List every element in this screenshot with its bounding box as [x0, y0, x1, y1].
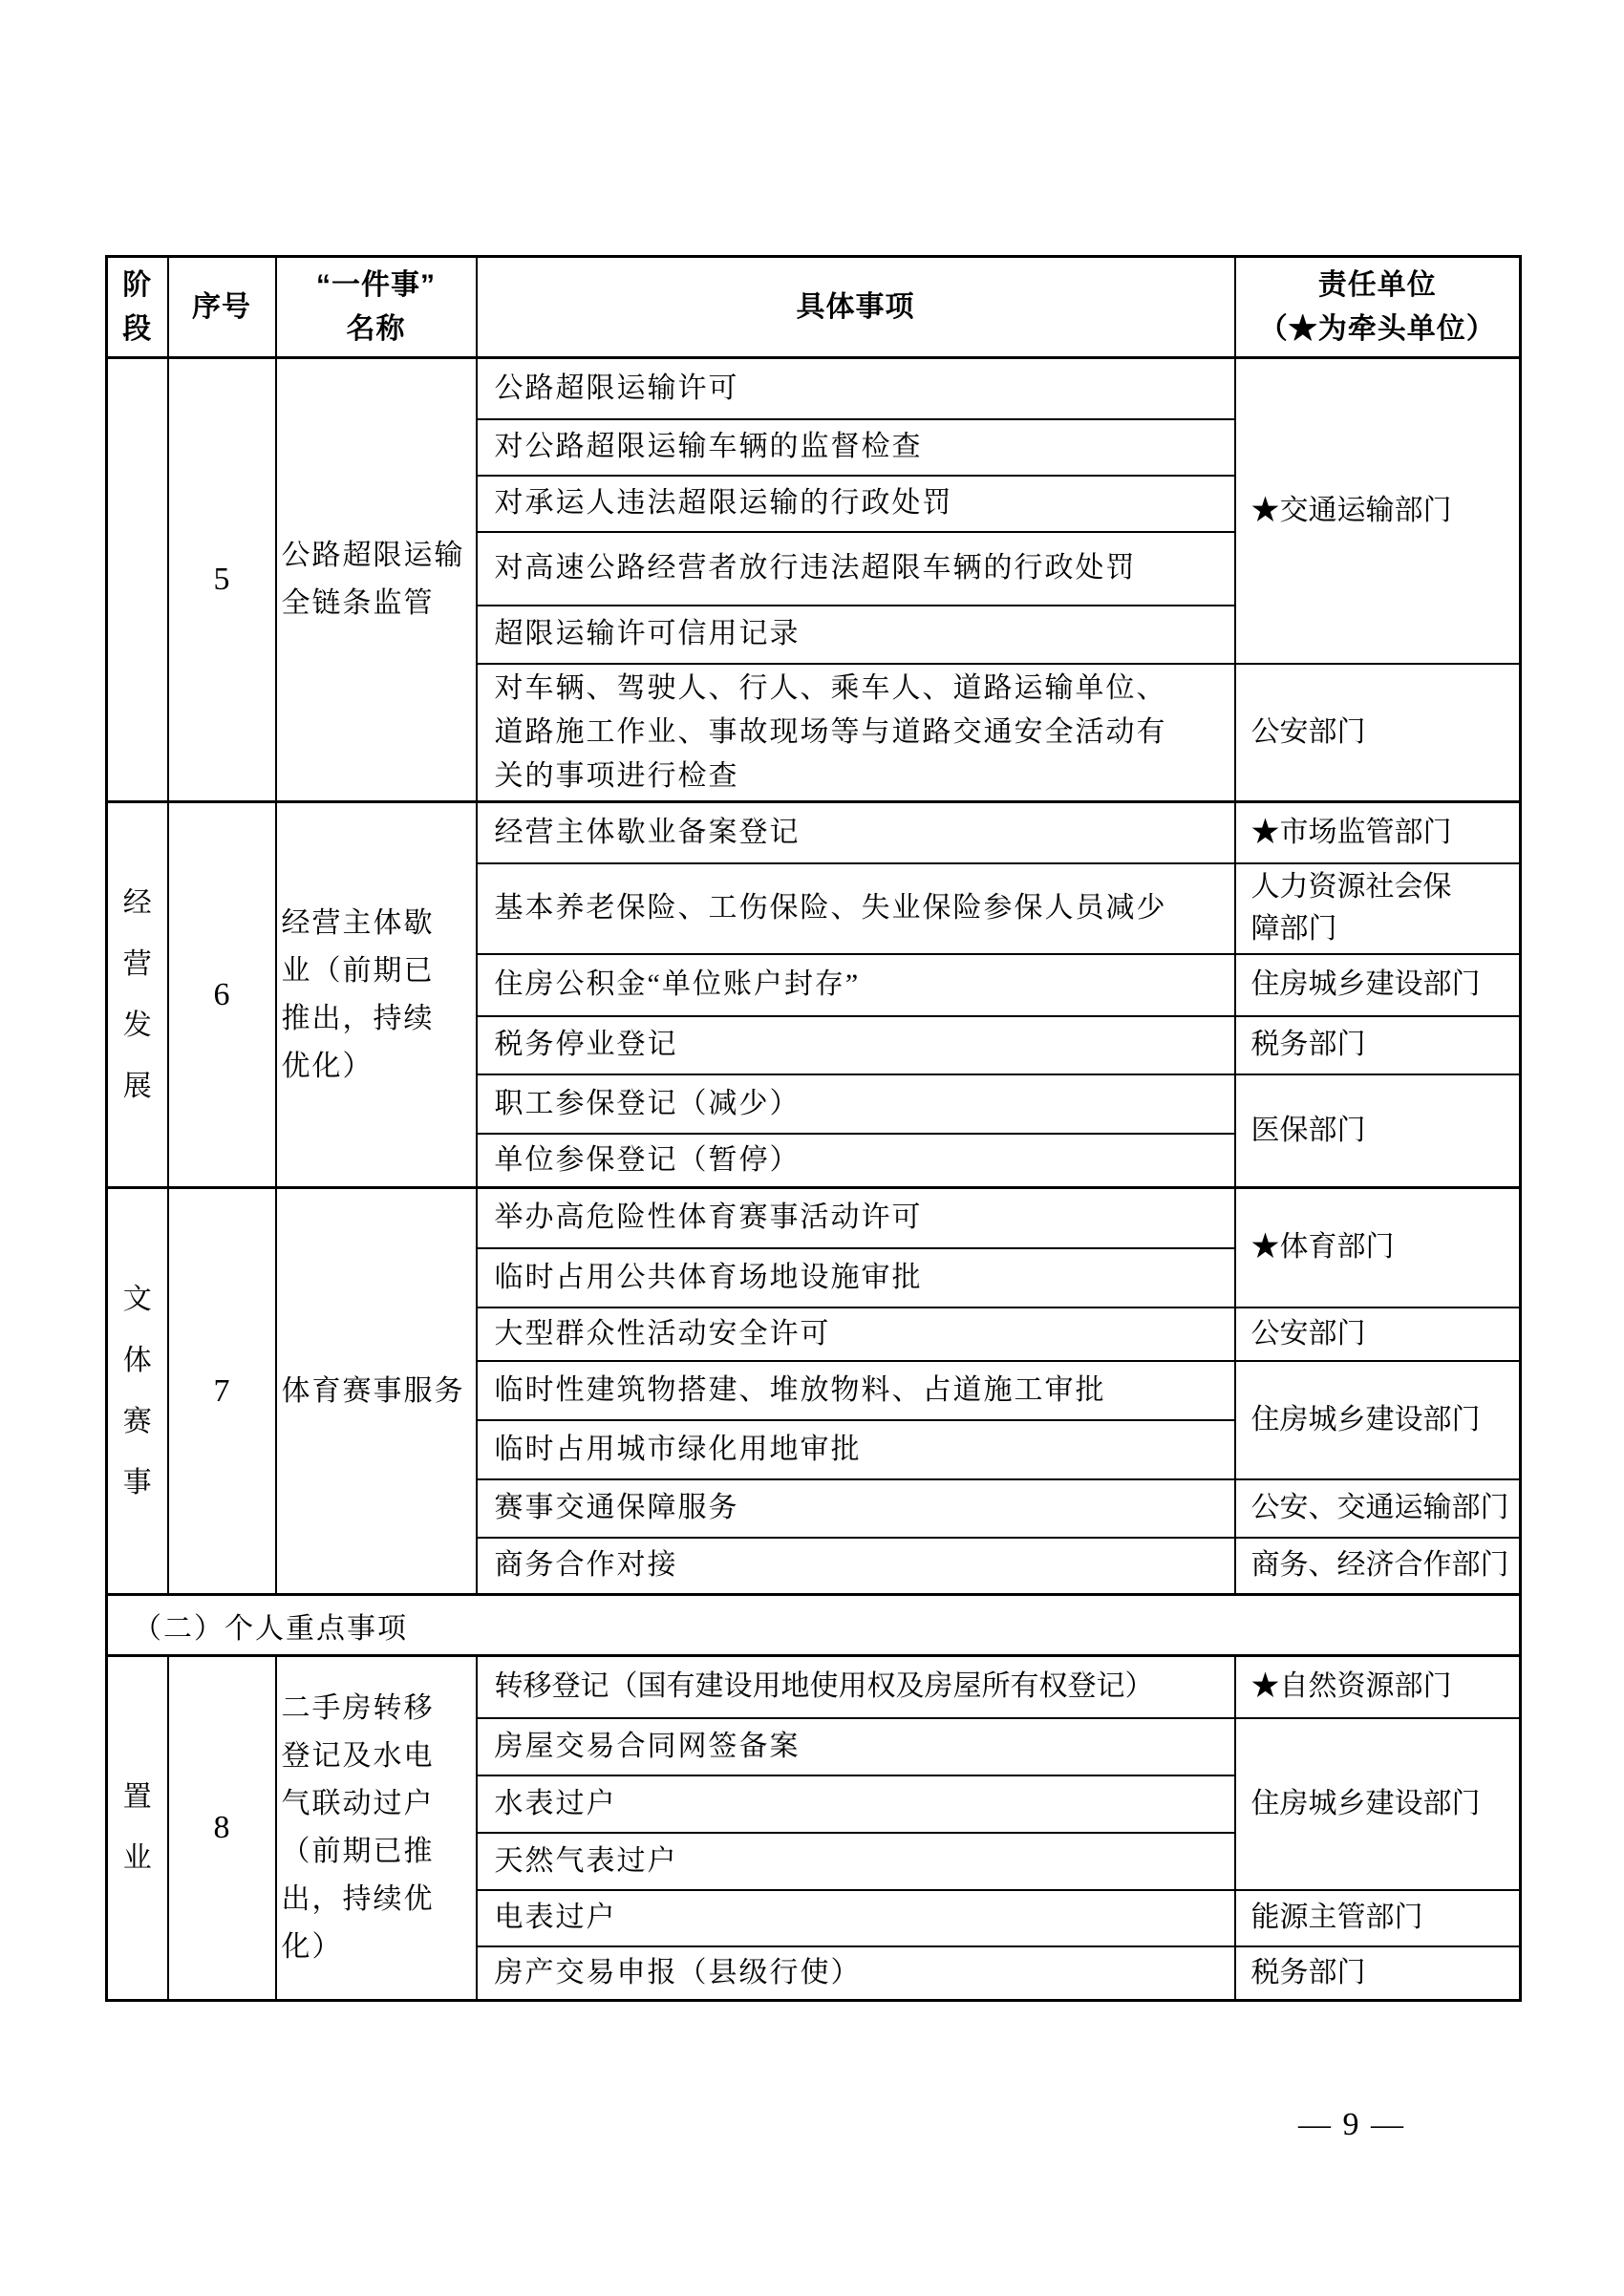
dept-cell: ★体育部门 — [1235, 1188, 1521, 1307]
item-cell: 对公路超限运输车辆的监督检查 — [477, 419, 1235, 476]
item-cell: 商务合作对接 — [477, 1538, 1235, 1595]
item-cell: 天然气表过户 — [477, 1833, 1235, 1890]
dept-cell: 公安部门 — [1235, 1307, 1521, 1361]
item-cell: 赛事交通保障服务 — [477, 1479, 1235, 1538]
item-cell: 税务停业登记 — [477, 1016, 1235, 1074]
item-cell: 对车辆、驾驶人、行人、乘车人、道路运输单位、 道路施工作业、事故现场等与道路交通… — [477, 664, 1235, 802]
dept-cell: 公安部门 — [1235, 664, 1521, 802]
item-cell: 超限运输许可信用记录 — [477, 606, 1235, 664]
section-title-row: （二）个人重点事项 — [107, 1595, 1521, 1656]
table-row: 文 体 赛 事 7 体育赛事服务 举办高危险性体育赛事活动许可 ★体育部门 — [107, 1188, 1521, 1248]
header-no: 序号 — [168, 257, 276, 358]
item-cell: 对高速公路经营者放行违法超限车辆的行政处罚 — [477, 532, 1235, 606]
dept-cell: ★自然资源部门 — [1235, 1656, 1521, 1718]
name-cell: 经营主体歇 业（前期已 推出，持续 优化） — [276, 802, 477, 1188]
item-cell: 经营主体歇业备案登记 — [477, 802, 1235, 863]
item-cell: 水表过户 — [477, 1775, 1235, 1833]
header-dept: 责任单位 （★为牵头单位） — [1235, 257, 1521, 358]
table-row: 5 公路超限运输 全链条监管 公路超限运输许可 ★交通运输部门 — [107, 358, 1521, 419]
dept-cell: 人力资源社会保 障部门 — [1235, 863, 1521, 954]
dept-cell: 住房城乡建设部门 — [1235, 1718, 1521, 1890]
item-cell: 临时占用城市绿化用地审批 — [477, 1420, 1235, 1479]
item-cell: 基本养老保险、工伤保险、失业保险参保人员减少 — [477, 863, 1235, 954]
no-cell: 8 — [168, 1656, 276, 2001]
item-cell: 单位参保登记（暂停） — [477, 1134, 1235, 1188]
dept-cell: ★市场监管部门 — [1235, 802, 1521, 863]
table-row: 置 业 8 二手房转移 登记及水电 气联动过户 （前期已推 出，持续优 化） 转… — [107, 1656, 1521, 1718]
no-cell: 7 — [168, 1188, 276, 1595]
section-title: （二）个人重点事项 — [107, 1595, 1521, 1656]
no-cell: 5 — [168, 358, 276, 802]
dept-cell: 商务、经济合作部门 — [1235, 1538, 1521, 1595]
table-header-row: 阶 段 序号 “一件事” 名称 具体事项 责任单位 （★为牵头单位） — [107, 257, 1521, 358]
name-cell: 二手房转移 登记及水电 气联动过户 （前期已推 出，持续优 化） — [276, 1656, 477, 2001]
name-cell: 体育赛事服务 — [276, 1188, 477, 1595]
dept-cell: ★交通运输部门 — [1235, 358, 1521, 664]
page-number: — 9 — — [1271, 2107, 1433, 2143]
dept-cell: 住房城乡建设部门 — [1235, 1361, 1521, 1479]
dept-cell: 医保部门 — [1235, 1074, 1521, 1188]
dept-cell: 住房城乡建设部门 — [1235, 954, 1521, 1016]
item-cell: 大型群众性活动安全许可 — [477, 1307, 1235, 1361]
item-cell: 临时性建筑物搭建、堆放物料、占道施工审批 — [477, 1361, 1235, 1420]
header-item: 具体事项 — [477, 257, 1235, 358]
item-cell: 电表过户 — [477, 1890, 1235, 1946]
item-cell: 转移登记（国有建设用地使用权及房屋所有权登记） — [477, 1656, 1235, 1718]
table-row: 经 营 发 展 6 经营主体歇 业（前期已 推出，持续 优化） 经营主体歇业备案… — [107, 802, 1521, 863]
item-cell: 职工参保登记（减少） — [477, 1074, 1235, 1134]
stage-cell: 文 体 赛 事 — [107, 1188, 168, 1595]
item-cell: 公路超限运输许可 — [477, 358, 1235, 419]
stage-cell — [107, 358, 168, 802]
name-cell: 公路超限运输 全链条监管 — [276, 358, 477, 802]
dept-cell: 公安、交通运输部门 — [1235, 1479, 1521, 1538]
item-cell: 住房公积金“单位账户封存” — [477, 954, 1235, 1016]
header-name: “一件事” 名称 — [276, 257, 477, 358]
dept-cell: 税务部门 — [1235, 1946, 1521, 2001]
header-stage: 阶 段 — [107, 257, 168, 358]
no-cell: 6 — [168, 802, 276, 1188]
stage-cell: 经 营 发 展 — [107, 802, 168, 1188]
item-cell: 房产交易申报（县级行使） — [477, 1946, 1235, 2001]
document-page: 阶 段 序号 “一件事” 名称 具体事项 责任单位 （★为牵头单位） 5 公路超… — [0, 0, 1624, 2296]
stage-cell: 置 业 — [107, 1656, 168, 2001]
item-cell: 房屋交易合同网签备案 — [477, 1718, 1235, 1775]
one-matter-table: 阶 段 序号 “一件事” 名称 具体事项 责任单位 （★为牵头单位） 5 公路超… — [105, 255, 1522, 2002]
item-cell: 对承运人违法超限运输的行政处罚 — [477, 476, 1235, 532]
item-cell: 临时占用公共体育场地设施审批 — [477, 1248, 1235, 1307]
dept-cell: 能源主管部门 — [1235, 1890, 1521, 1946]
dept-cell: 税务部门 — [1235, 1016, 1521, 1074]
item-cell: 举办高危险性体育赛事活动许可 — [477, 1188, 1235, 1248]
